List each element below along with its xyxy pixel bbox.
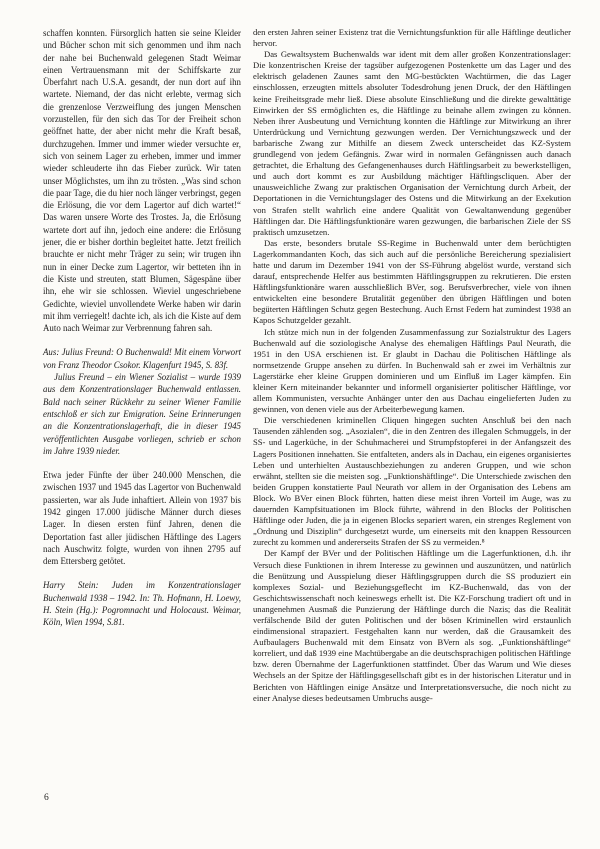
main-text-paragraph-ss-regime: Das erste, besonders brutale SS-Regime i… <box>253 238 571 327</box>
main-text-paragraph-criminal-cliques: Die verschiedenen kriminellen Cliquen hi… <box>253 415 571 548</box>
reference-citation: Harry Stein: Juden im Konzentrationslage… <box>43 579 241 628</box>
main-text-paragraph-power-struggle: Der Kampf der BVer und der Politischen H… <box>253 548 571 703</box>
main-text-paragraph-violence-system: Das Gewaltsystem Buchenwalds war ident m… <box>253 49 571 238</box>
excerpt-source-citation: Aus: Julius Freund: O Buchenwald! Mit ei… <box>43 346 241 371</box>
right-column: den ersten Jahren seiner Existenz trat d… <box>253 27 571 704</box>
book-page: schaffen konnten. Fürsorglich hatten sie… <box>0 0 600 849</box>
main-text-paragraph-continuation: den ersten Jahren seiner Existenz trat d… <box>253 27 571 49</box>
left-column: schaffen konnten. Fürsorglich hatten sie… <box>43 27 241 629</box>
statistics-paragraph: Etwa jeder Fünfte der über 240.000 Mensc… <box>43 469 241 567</box>
editor-biographical-note: Julius Freund – ein Wiener Sozialist – w… <box>43 371 241 457</box>
main-text-paragraph-neurath-analysis: Ich stütze mich nun in der folgenden Zus… <box>253 327 571 416</box>
memoir-excerpt-text: schaffen konnten. Fürsorglich hatten sie… <box>43 27 241 334</box>
page-number: 6 <box>44 793 49 803</box>
